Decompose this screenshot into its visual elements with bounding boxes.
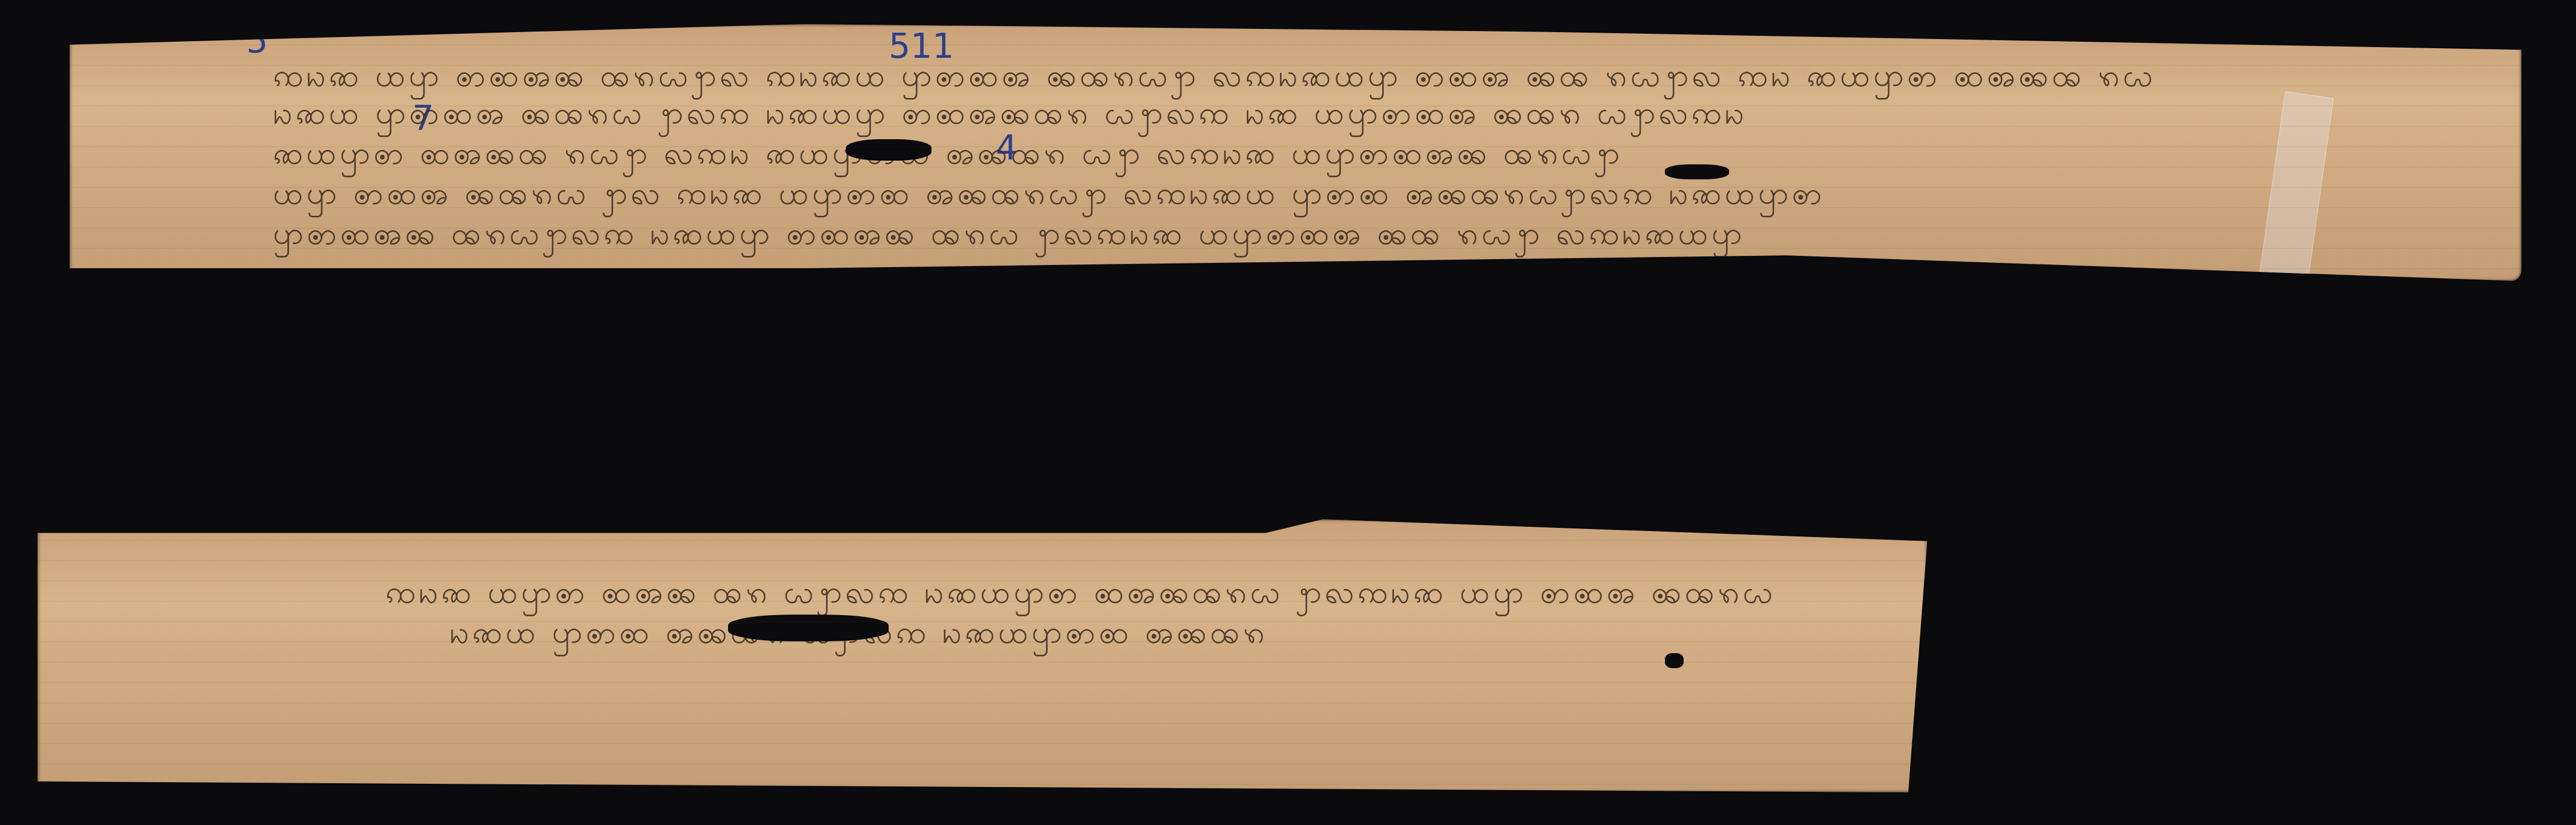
script-line-1: ꩡꩢꩣ ꩤꩥꩦ ꩧꩨꩩ ꩪꩫ ꩬꩭꩮꩡ ꩢꩣꩤꩥꩦ ꩧꩨꩩꩪꩫꩬ ꩭꩮꩡꩢꩣ ꩤ…	[385, 573, 1776, 618]
worm-hole	[728, 615, 889, 641]
palm-leaf-bottom: ꩡꩢꩣ ꩤꩥꩦ ꩧꩨꩩ ꩪꩫ ꩬꩭꩮꩡ ꩢꩣꩤꩥꩦ ꩧꩨꩩꩪꩫꩬ ꩭꩮꩡꩢꩣ ꩤ…	[37, 519, 1927, 792]
script-line-2: ꩢꩣꩤ ꩥꩦꩧꩨ ꩩꩪꩫꩬ ꩭꩮꩡ ꩢꩣꩤꩥ ꩦꩧꩨꩩꩪꩫ ꩬꩭꩮꩡ ꩢꩣ ꩤꩥ…	[273, 94, 1747, 139]
script-line-4: ꩤꩥ ꩦꩧꩨ ꩩꩪꩫꩬ ꩭꩮ ꩡꩢꩣ ꩤꩥꩦꩧ ꩨꩩꩪꩫꩬꩭ ꩮꩡꩢꩣꩤ ꩥꩦꩧ…	[273, 174, 1825, 220]
repair-tape	[2255, 92, 2333, 312]
script-line-3: ꩣꩤꩥꩦ ꩧꩨꩩꩪ ꩫꩬꩭ ꩮꩡꩢ ꩣꩤꩥꩦꩧ ꩨꩩꩪꩫ ꩬꩭ ꩮꩡꩢꩣ ꩤꩥꩦ…	[273, 134, 1623, 179]
script-line-5: ꩥꩦꩧꩨꩩ ꩪꩫꩬꩭꩮꩡ ꩢꩣꩤꩥ ꩦꩧꩨꩩ ꩪꩫꩬ ꩭꩮꩡꩢꩣ ꩤꩥꩦꩧꩨ ꩩ…	[273, 214, 1745, 260]
worm-hole	[1665, 164, 1729, 179]
palm-leaf-top: 5 511 7 4 ဒ ꩡꩢꩣ ꩤꩥ ꩦꩧꩨꩩ ꩪꩫꩬꩭꩮ ꩡꩢꩣꩤ ꩥꩦꩧꩨ …	[70, 24, 2521, 281]
margin-mark: ဒ	[32, 150, 48, 184]
worm-hole	[1665, 653, 1684, 668]
worm-hole	[846, 139, 931, 161]
annotation-5: 5	[246, 21, 268, 61]
